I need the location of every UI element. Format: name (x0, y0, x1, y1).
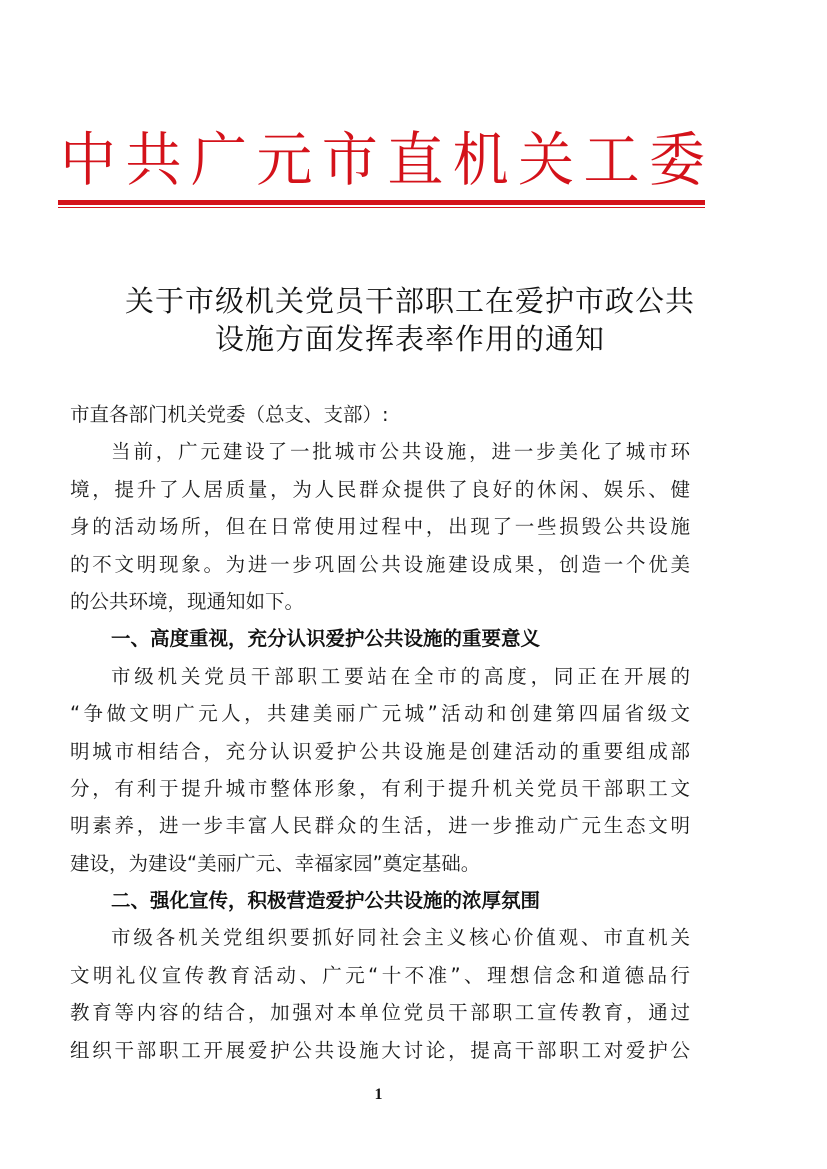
letterhead-char: 直 (387, 126, 443, 195)
letterhead-char: 工 (584, 126, 640, 195)
document-body: 市直各部门机关党委（总支、支部）: 当前，广元建设了一批城市公共设施，进一步美化… (70, 396, 690, 1069)
letterhead-char: 关 (518, 126, 574, 195)
letterhead-red-rule-thin (58, 207, 705, 208)
letterhead-char: 广 (191, 126, 247, 195)
paragraph-line: 文明礼仪宣传教育活动、广元“十不准”、理想信念和道德品行 (70, 957, 690, 994)
letterhead-char: 中 (60, 126, 116, 195)
paragraph-line: 市级机关党员干部职工要站在全市的高度，同正在开展的 (70, 658, 690, 695)
paragraph-line: 当前，广元建设了一批城市公共设施，进一步美化了城市环 (70, 433, 690, 470)
paragraph-line: 教育等内容的结合，加强对本单位党员干部职工宣传教育，通过 (70, 994, 690, 1031)
title-line-2: 设施方面发挥表率作用的通知 (70, 320, 750, 358)
document-title: 关于市级机关党员干部职工在爱护市政公共 设施方面发挥表率作用的通知 (70, 282, 750, 358)
paragraph-line: 建设，为建设“美丽广元、幸福家园”奠定基础。 (70, 845, 690, 882)
paragraph-line: 的公共环境，现通知如下。 (70, 583, 690, 620)
page-number: 1 (0, 1086, 757, 1104)
section-heading-2: 二、强化宣传，积极营造爱护公共设施的浓厚氛围 (70, 882, 690, 919)
paragraph-line: 明城市相结合，充分认识爱护公共设施是创建活动的重要组成部 (70, 733, 690, 770)
letterhead-char: 委 (649, 126, 705, 195)
paragraph-line: 分，有利于提升城市整体形象，有利于提升机关党员干部职工文 (70, 770, 690, 807)
paragraph-line: “争做文明广元人，共建美丽广元城”活动和创建第四届省级文 (70, 695, 690, 732)
section-heading-1: 一、高度重视，充分认识爱护公共设施的重要意义 (70, 620, 690, 657)
paragraph-line: 市级各机关党组织要抓好同社会主义核心价值观、市直机关 (70, 919, 690, 956)
salutation: 市直各部门机关党委（总支、支部）: (70, 396, 690, 433)
paragraph-line: 组织干部职工开展爱护公共设施大讨论，提高干部职工对爱护公 (70, 1032, 690, 1069)
letterhead-char: 共 (125, 126, 181, 195)
title-line-1: 关于市级机关党员干部职工在爱护市政公共 (70, 282, 750, 320)
document-page: 中 共 广 元 市 直 机 关 工 委 关于市级机关党员干部职工在爱护市政公共 … (0, 0, 827, 1169)
letterhead-char: 元 (256, 126, 312, 195)
paragraph-line: 的不文明现象。为进一步巩固公共设施建设成果，创造一个优美 (70, 546, 690, 583)
paragraph-line: 明素养，进一步丰富人民群众的生活，进一步推动广元生态文明 (70, 807, 690, 844)
letterhead-char: 机 (453, 126, 509, 195)
paragraph-line: 身的活动场所，但在日常使用过程中，出现了一些损毁公共设施 (70, 508, 690, 545)
letterhead-red-rule (58, 200, 705, 205)
paragraph-line: 境，提升了人居质量，为人民群众提供了良好的休闲、娱乐、健 (70, 471, 690, 508)
letterhead-char: 市 (322, 126, 378, 195)
organization-letterhead: 中 共 广 元 市 直 机 关 工 委 (60, 128, 705, 194)
